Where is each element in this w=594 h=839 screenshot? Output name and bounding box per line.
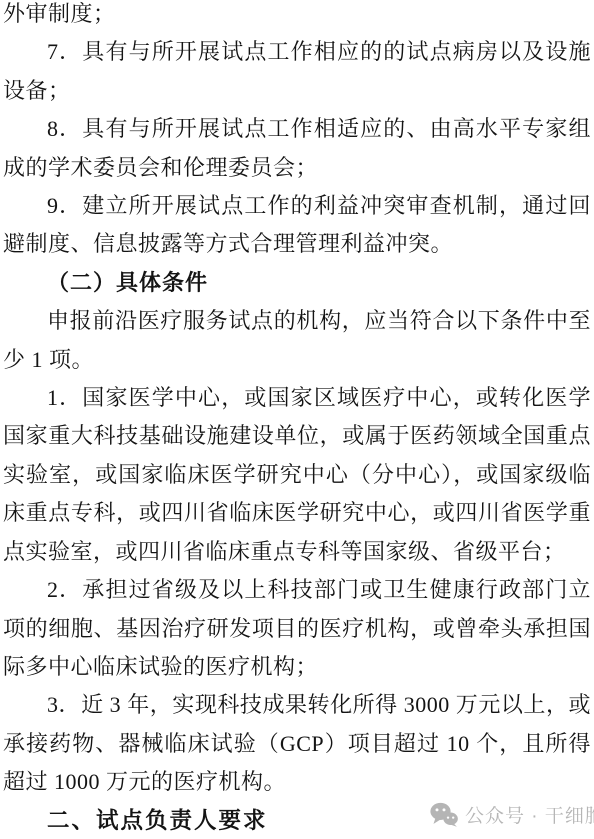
watermark-label: 公众号 · 干细胞 — [465, 801, 594, 828]
paragraph-condition-3: 3．近 3 年，实现科技成果转化所得 3000 万元以上，或承接药物、器械临床试… — [3, 686, 591, 801]
paragraph-intro: 申报前沿医疗服务试点的机构，应当符合以下条件中至少 1 项。 — [3, 302, 591, 379]
paragraph-item-7: 7．具有与所开展试点工作相应的的试点病房以及设施设备； — [3, 33, 591, 110]
watermark: 公众号 · 干细胞 — [430, 801, 594, 827]
document-page: 外审制度； 7．具有与所开展试点工作相应的的试点病房以及设施设备； 8．具有与所… — [0, 0, 594, 839]
paragraph-item-8: 8．具有与所开展试点工作相适应的、由高水平专家组成的学术委员会和伦理委员会； — [3, 110, 591, 187]
paragraph-continuation: 外审制度； — [3, 0, 591, 33]
paragraph-item-9: 9．建立所开展试点工作的利益冲突审查机制，通过回避制度、信息披露等方式合理管理利… — [3, 187, 591, 264]
subheading-specific-conditions: （二）具体条件 — [3, 264, 591, 302]
paragraph-condition-1: 1．国家医学中心，或国家区域医疗中心，或转化医学国家重大科技基础设施建设单位，或… — [3, 379, 591, 571]
document-body: 外审制度； 7．具有与所开展试点工作相应的的试点病房以及设施设备； 8．具有与所… — [3, 0, 591, 839]
wechat-icon — [430, 802, 458, 827]
paragraph-condition-2: 2．承担过省级及以上科技部门或卫生健康行政部门立项的细胞、基因治疗研发项目的医疗… — [3, 571, 591, 686]
